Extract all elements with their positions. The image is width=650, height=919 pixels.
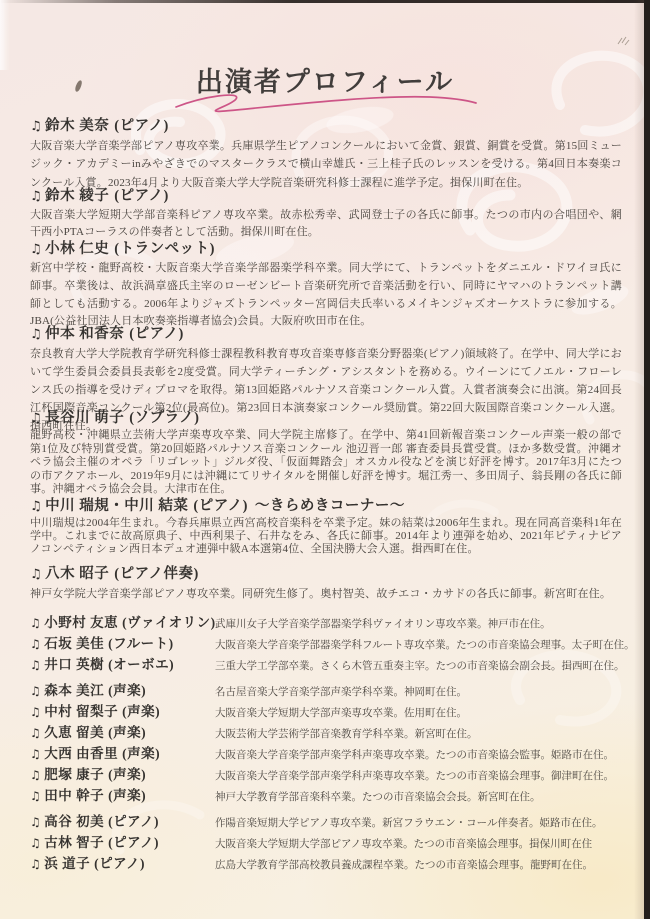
music-note-icon: ♫	[30, 836, 41, 850]
profile-entry: ♫八木 昭子(ピアノ伴奏) 神戸女学院大学音楽学部ピアノ専攻卒業。同研究生修了。…	[30, 564, 622, 603]
performer-instrument: (ピアノ)	[114, 118, 169, 134]
scan-edge-shadow	[634, 0, 644, 919]
member-name-cell: ♫大西 由香里(声楽)	[30, 743, 215, 765]
member-row: ♫井口 英樹(オーボエ) 三重大学工学部卒業。さくら木管五重奏主宰。たつの市音楽…	[30, 654, 630, 675]
music-note-icon: ♫	[30, 857, 41, 871]
music-note-icon: ♫	[30, 705, 41, 719]
music-note-icon: ♫	[30, 747, 41, 761]
member-instrument: (ヴァイオリン)	[122, 615, 215, 630]
music-note-icon: ♫	[30, 768, 41, 782]
page-content: 出演者プロフィール ♫鈴木 美奈(ピアノ) 大阪音楽大学音楽学部ピアノ専攻卒業。…	[0, 0, 650, 919]
member-name: 田中 幹子	[44, 788, 104, 803]
member-description: 武庫川女子大学音楽学部器楽学科ヴァイオリン専攻卒業。神戸市在住。	[215, 614, 551, 635]
member-instrument: (フルート)	[108, 636, 173, 651]
members-list: ♫小野村 友恵(ヴァイオリン) 武庫川女子大学音楽学部器楽学科ヴァイオリン専攻卒…	[30, 612, 630, 874]
performer-instrument: (ピアノ伴奏)	[114, 566, 199, 582]
member-instrument: (オーボエ)	[108, 657, 174, 672]
member-name-cell: ♫浜 道子(ピアノ)	[30, 853, 215, 875]
profile-entry: ♫長谷川 萌子(ソプラノ) 龍野高校・沖縄県立芸術大学声楽専攻卒業、同大学院主席…	[30, 408, 622, 497]
member-name: 中村 留梨子	[44, 704, 118, 719]
member-row: ♫森本 美江(声楽) 名古屋音楽大学音楽学部声楽学科卒業。神岡町在住。	[30, 680, 630, 701]
scan-edge-top	[0, 0, 650, 3]
profile-bio: 中川瑞規は2004年生まれ。今春兵庫県立西宮高校音楽科を卒業予定。妹の結菜は20…	[30, 517, 622, 556]
profile-entry: ♫鈴木 美奈(ピアノ) 大阪音楽大学音楽学部ピアノ専攻卒業。兵庫県学生ピアノコン…	[30, 116, 622, 192]
profile-heading: ♫八木 昭子(ピアノ伴奏)	[30, 564, 622, 585]
profile-heading: ♫小林 仁史(トランペット)	[30, 239, 622, 260]
member-row: ♫中村 留梨子(声楽) 大阪音楽大学短期大学部声楽専攻卒業。佐用町在住。	[30, 701, 630, 722]
member-row: ♫田中 幹子(声楽) 神戸大学教育学部音楽科卒業。たつの市音楽協会会長。新宮町在…	[30, 785, 630, 806]
music-note-icon: ♫	[30, 616, 41, 630]
scan-edge-right	[644, 0, 650, 919]
member-instrument: (ピアノ)	[94, 856, 145, 871]
member-row: ♫久恵 留美(声楽) 大阪芸術大学芸術学部音楽教育学科卒業。新宮町在住。	[30, 722, 630, 743]
member-name: 小野村 友恵	[44, 615, 118, 630]
scan-corner-light	[0, 0, 10, 70]
member-name-cell: ♫小野村 友恵(ヴァイオリン)	[30, 612, 215, 634]
profile-bio: 新宮中学校・龍野高校・大阪音楽大学音楽学部器楽学科卒業。同大学にて、トランペット…	[30, 260, 622, 331]
member-description: 大阪音楽大学音楽学部器楽学科フルート専攻卒業。たつの市音楽協会理事。太子町在住。	[215, 635, 635, 656]
member-instrument: (声楽)	[108, 788, 146, 803]
member-name: 石坂 美佳	[44, 636, 104, 651]
member-name: 高谷 初美	[44, 814, 104, 829]
title-underline-flourish	[170, 88, 482, 116]
member-instrument: (声楽)	[108, 725, 146, 740]
profile-entry: ♫小林 仁史(トランペット) 新宮中学校・龍野高校・大阪音楽大学音楽学部器楽学科…	[30, 239, 622, 331]
music-note-icon: ♫	[30, 189, 42, 204]
music-note-icon: ♫	[30, 119, 42, 134]
member-name: 大西 由香里	[44, 746, 118, 761]
member-row: ♫浜 道子(ピアノ) 広島大学教育学部高校教員養成課程卒業。たつの市音楽協会理事…	[30, 853, 630, 874]
performer-name: 中川 瑞規・中川 結菜	[45, 498, 188, 514]
music-note-icon: ♫	[30, 789, 41, 803]
member-row: ♫古林 智子(ピアノ) 大阪音楽大学短期大学部ピアノ専攻卒業。たつの市音楽協会理…	[30, 832, 630, 853]
profile-bio: 大阪音楽大学音楽学部ピアノ専攻卒業。兵庫県学生ピアノコンクールにおいて金賞、銀賞…	[30, 137, 622, 192]
performer-instrument: (トランペット)	[114, 241, 215, 257]
scan-pencil-mark	[616, 36, 630, 46]
music-note-icon: ♫	[30, 815, 41, 829]
music-note-icon: ♫	[30, 684, 41, 698]
member-description: 名古屋音楽大学音楽学部声楽学科卒業。神岡町在住。	[215, 682, 467, 703]
member-instrument: (声楽)	[122, 746, 160, 761]
member-name-cell: ♫中村 留梨子(声楽)	[30, 701, 215, 723]
member-description: 大阪音楽大学音楽学部声楽学科声楽専攻卒業。たつの市音楽協会監事。姫路市在住。	[215, 745, 614, 766]
performer-name: 長谷川 萌子	[45, 410, 124, 426]
music-note-icon: ♫	[30, 242, 42, 257]
member-name: 古林 智子	[44, 835, 104, 850]
music-note-icon: ♫	[30, 567, 42, 582]
member-name-cell: ♫古林 智子(ピアノ)	[30, 832, 215, 854]
member-row: ♫大西 由香里(声楽) 大阪音楽大学音楽学部声楽学科声楽専攻卒業。たつの市音楽協…	[30, 743, 630, 764]
member-row: ♫小野村 友恵(ヴァイオリン) 武庫川女子大学音楽学部器楽学科ヴァイオリン専攻卒…	[30, 612, 630, 633]
profile-heading: ♫鈴木 美奈(ピアノ)	[30, 116, 622, 137]
heading-suffix: 〜きらめきコーナー〜	[255, 498, 405, 514]
profile-heading: ♫仲本 和香奈(ピアノ)	[30, 324, 622, 345]
member-description: 大阪音楽大学短期大学部声楽専攻卒業。佐用町在住。	[215, 703, 467, 724]
profile-heading: ♫鈴木 綾子(ピアノ)	[30, 186, 622, 207]
member-name-cell: ♫高谷 初美(ピアノ)	[30, 811, 215, 833]
member-row: ♫肥塚 康子(声楽) 大阪音楽大学音楽学部声楽学科声楽専攻卒業。たつの市音楽協会…	[30, 764, 630, 785]
performer-name: 鈴木 美奈	[45, 118, 109, 134]
member-name: 森本 美江	[44, 683, 104, 698]
music-note-icon: ♫	[30, 658, 41, 672]
performer-instrument: (ソプラノ)	[129, 410, 199, 426]
member-name-cell: ♫田中 幹子(声楽)	[30, 785, 215, 807]
member-description: 大阪芸術大学芸術学部音楽教育学科卒業。新宮町在住。	[215, 724, 478, 745]
profile-bio: 大阪音楽大学短期大学部音楽科ピアノ専攻卒業。故赤松秀幸、武岡登士子の各氏に師事。…	[30, 207, 622, 241]
performer-instrument: (ピアノ)	[193, 498, 248, 514]
profile-bio: 龍野高校・沖縄県立芸術大学声楽専攻卒業、同大学院主席修了。在学中、第41回新報音…	[30, 429, 622, 497]
member-description: 三重大学工学部卒業。さくら木管五重奏主宰。たつの市音楽協会副会長。揖西町在住。	[215, 656, 625, 677]
member-instrument: (ピアノ)	[108, 835, 159, 850]
profile-bio: 神戸女学院大学音楽学部ピアノ専攻卒業。同研究生修了。奥村智美、故チエコ・カサドの…	[30, 585, 622, 603]
performer-instrument: (ピアノ)	[129, 326, 184, 342]
member-description: 大阪音楽大学音楽学部声楽学科声楽専攻卒業。たつの市音楽協会理事。御津町在住。	[215, 766, 614, 787]
performer-name: 小林 仁史	[45, 241, 109, 257]
member-description: 大阪音楽大学短期大学部ピアノ専攻卒業。たつの市音楽協会理事。揖保川町在住	[215, 834, 592, 855]
profile-heading: ♫中川 瑞規・中川 結菜(ピアノ)〜きらめきコーナー〜	[30, 496, 622, 517]
member-instrument: (声楽)	[108, 767, 146, 782]
member-description: 広島大学教育学部高校教員養成課程卒業。たつの市音楽協会理事。龍野町在住。	[215, 855, 593, 876]
member-instrument: (声楽)	[108, 683, 146, 698]
performer-name: 仲本 和香奈	[45, 326, 124, 342]
member-instrument: (声楽)	[122, 704, 160, 719]
profile-entry: ♫鈴木 綾子(ピアノ) 大阪音楽大学短期大学部音楽科ピアノ専攻卒業。故赤松秀幸、…	[30, 186, 622, 241]
member-row: ♫石坂 美佳(フルート) 大阪音楽大学音楽学部器楽学科フルート専攻卒業。たつの市…	[30, 633, 630, 654]
member-description: 神戸大学教育学部音楽科卒業。たつの市音楽協会会長。新宮町在住。	[215, 787, 541, 808]
performer-instrument: (ピアノ)	[114, 188, 169, 204]
music-note-icon: ♫	[30, 726, 41, 740]
performer-name: 鈴木 綾子	[45, 188, 109, 204]
profile-entry: ♫中川 瑞規・中川 結菜(ピアノ)〜きらめきコーナー〜 中川瑞規は2004年生ま…	[30, 496, 622, 556]
music-note-icon: ♫	[30, 637, 41, 651]
member-row: ♫高谷 初美(ピアノ) 作陽音楽短期大学ピアノ専攻卒業。新宮フラウエン・コール伴…	[30, 811, 630, 832]
member-name-cell: ♫石坂 美佳(フルート)	[30, 633, 215, 655]
member-name: 久恵 留美	[44, 725, 104, 740]
member-name: 肥塚 康子	[44, 767, 104, 782]
music-note-icon: ♫	[30, 499, 42, 514]
performer-name: 八木 昭子	[45, 566, 109, 582]
music-note-icon: ♫	[30, 327, 42, 342]
member-name-cell: ♫森本 美江(声楽)	[30, 680, 215, 702]
member-name: 井口 英樹	[44, 657, 104, 672]
member-name-cell: ♫井口 英樹(オーボエ)	[30, 654, 215, 676]
member-name: 浜 道子	[44, 856, 90, 871]
member-description: 作陽音楽短期大学ピアノ専攻卒業。新宮フラウエン・コール伴奏者。姫路市在住。	[215, 813, 602, 834]
music-note-icon: ♫	[30, 411, 42, 426]
member-instrument: (ピアノ)	[108, 814, 159, 829]
scanned-program-page: { "title": "出演者プロフィール", "icons": { "note…	[0, 0, 650, 919]
profile-heading: ♫長谷川 萌子(ソプラノ)	[30, 408, 622, 429]
member-name-cell: ♫肥塚 康子(声楽)	[30, 764, 215, 786]
member-name-cell: ♫久恵 留美(声楽)	[30, 722, 215, 744]
